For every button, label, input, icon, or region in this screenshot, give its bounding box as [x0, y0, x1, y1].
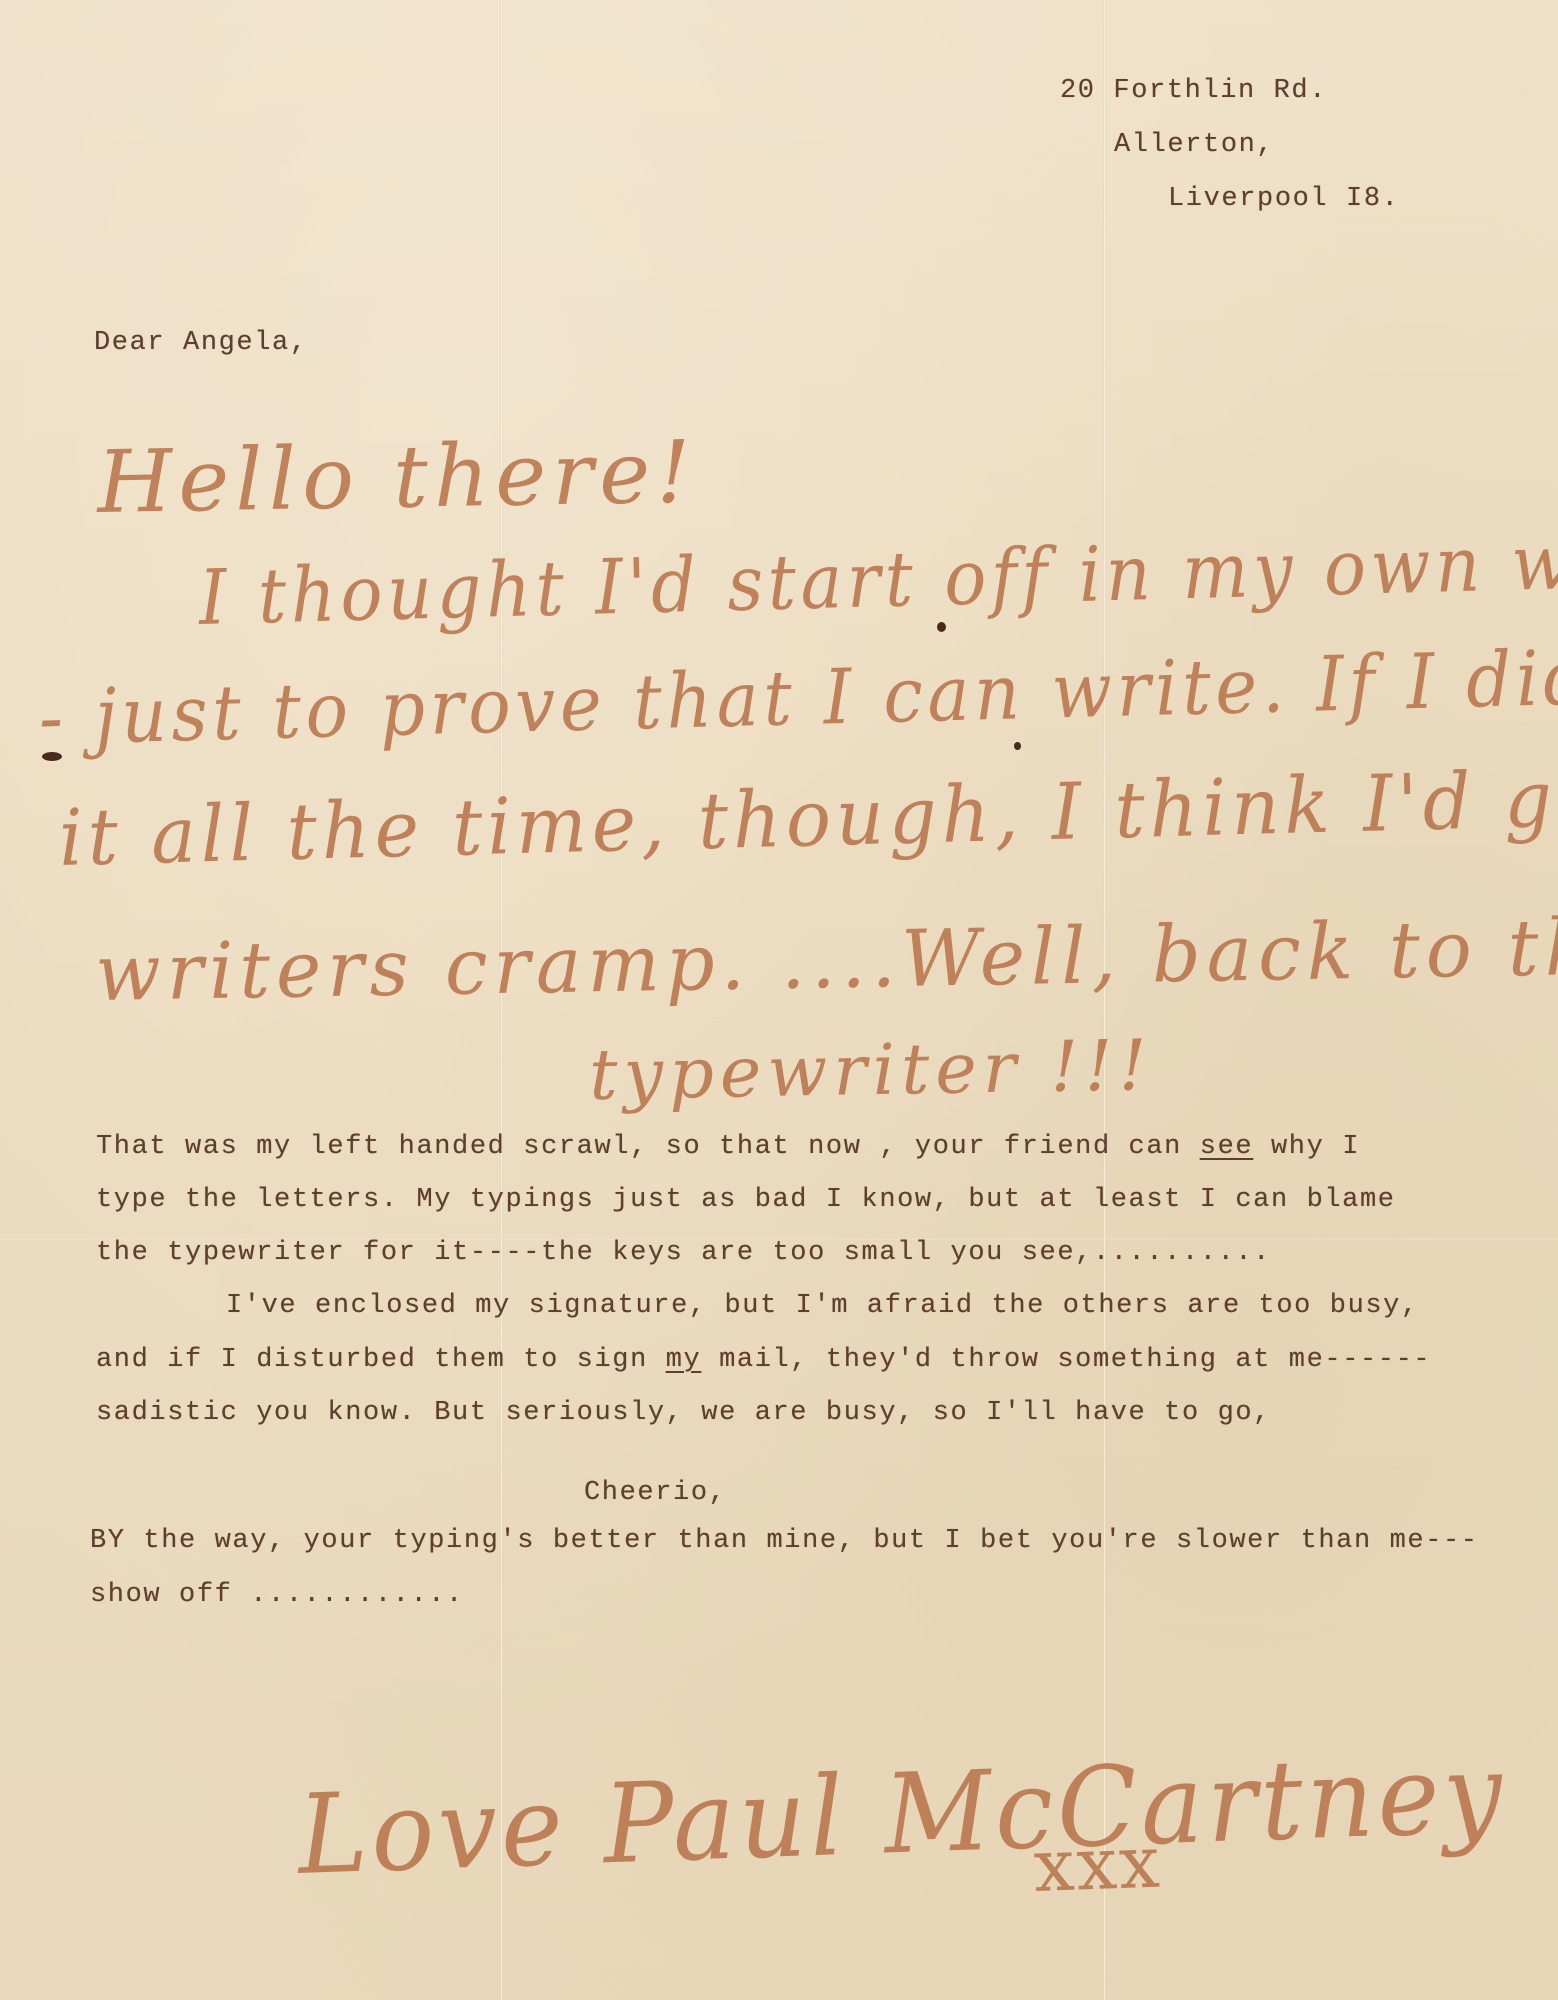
body-text: That was my left handed scrawl, so that … [96, 1132, 1200, 1162]
signature-text: Love Paul McCartney [296, 1738, 1507, 1890]
letter-page: 20 Forthlin Rd. Allerton, Liverpool I8. … [0, 0, 1558, 2000]
ink-blot [42, 752, 62, 761]
address-line-2: Allerton, [1114, 132, 1274, 159]
handwritten-line-4: it all the time, though, I think I'd get [58, 759, 1558, 878]
signature-kisses: xxx [1032, 1826, 1162, 1902]
closing: Cheerio, [584, 1480, 726, 1507]
body-line-5: and if I disturbed them to sign my mail,… [96, 1347, 1431, 1374]
address-line-1: 20 Forthlin Rd. [1060, 78, 1327, 105]
handwritten-line-5: writers cramp. ....Well, back to the [95, 908, 1558, 1013]
body-text: and if I disturbed them to sign [96, 1345, 666, 1375]
body-text: mail, they'd throw something at me------ [701, 1345, 1431, 1375]
ink-blot [937, 622, 946, 632]
body-line-6: sadistic you know. But seriously, we are… [96, 1400, 1271, 1427]
salutation: Dear Angela, [94, 330, 308, 357]
body-line-2: type the letters. My typings just as bad… [96, 1187, 1396, 1214]
handwritten-line-1: Hello there! [96, 430, 697, 526]
underlined-word-see: see [1200, 1132, 1253, 1162]
body-line-4: I've enclosed my signature, but I'm afra… [226, 1293, 1419, 1320]
ink-blot [1014, 742, 1021, 750]
body-text: why I [1253, 1132, 1360, 1162]
body-line-1: That was my left handed scrawl, so that … [96, 1134, 1360, 1161]
postscript-line-1: BY the way, your typing's better than mi… [90, 1528, 1479, 1555]
handwritten-line-2: I thought I'd start off in my own writin… [198, 518, 1558, 636]
body-line-3: the typewriter for it----the keys are to… [96, 1240, 1271, 1267]
postscript-line-2: show off ............ [90, 1582, 464, 1609]
handwritten-line-6: typewriter !!! [589, 1030, 1153, 1110]
address-line-3: Liverpool I8. [1168, 186, 1399, 213]
underlined-word-my: my [666, 1345, 702, 1375]
handwritten-line-3: - just to prove that I can write. If I d… [38, 639, 1558, 756]
